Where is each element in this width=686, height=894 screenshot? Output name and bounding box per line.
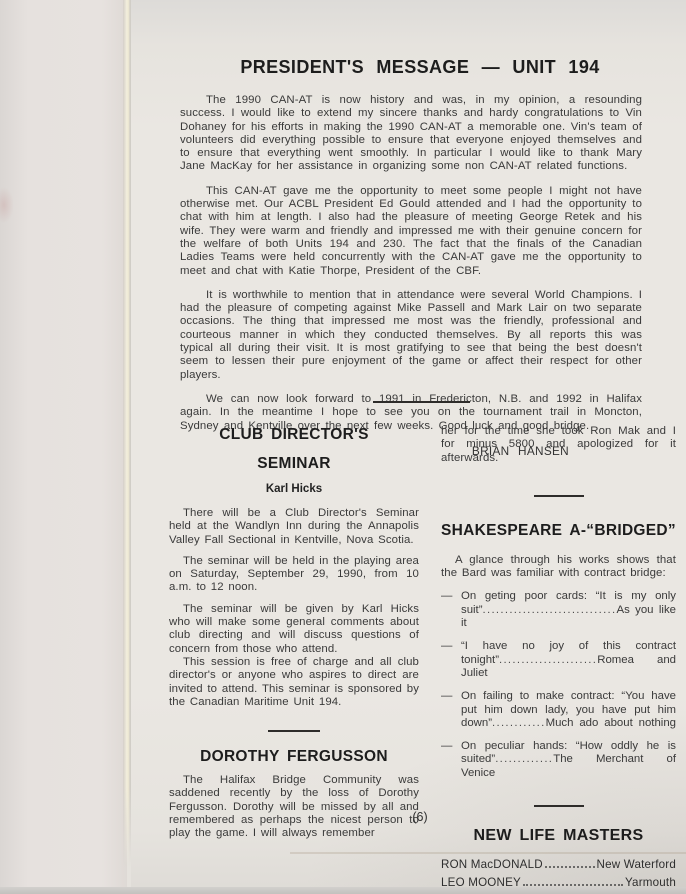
newsletter-page: PRESIDENT'S MESSAGE — UNIT 194 The 1990 … xyxy=(131,0,686,894)
quip-body: On failing to make contract: “You have p… xyxy=(461,690,676,730)
life-master-name: RON MacDONALD xyxy=(441,858,543,871)
dot-leader xyxy=(545,866,595,868)
dot-leader: ............. xyxy=(495,753,553,765)
dorothy-fergusson-title: DOROTHY FERGUSSON xyxy=(169,748,419,766)
adjacent-page-edge xyxy=(0,0,127,894)
shakespeare-item: — On failing to make contract: “You have… xyxy=(441,690,676,730)
quip-source: Much ado about nothing xyxy=(546,717,676,729)
dot-leader: ...................... xyxy=(499,654,597,666)
dorothy-fergusson-paragraph: The Halifax Bridge Community was saddene… xyxy=(169,774,419,840)
seminar-title-line2: SEMINAR xyxy=(169,449,419,478)
section-divider xyxy=(534,805,584,807)
dash-bullet: — xyxy=(441,740,461,780)
page-title: PRESIDENT'S MESSAGE — UNIT 194 xyxy=(180,57,660,78)
page-bottom-edge xyxy=(290,852,686,854)
shakespeare-intro: A glance through his works shows that th… xyxy=(441,554,676,581)
message-paragraph: This CAN-AT gave me the opportunity to m… xyxy=(180,185,642,278)
life-master-entry: RON MacDONALD New Waterford xyxy=(441,858,676,871)
seminar-paragraph: The seminar will be held in the playing … xyxy=(169,555,419,595)
dot-leader: .............................. xyxy=(483,604,617,616)
presidents-message-section: The 1990 CAN-AT is now history and was, … xyxy=(180,94,642,458)
seminar-paragraph: This session is free of charge and all c… xyxy=(169,656,419,709)
message-paragraph: It is worthwhile to mention that in atte… xyxy=(180,289,642,382)
dash-bullet: — xyxy=(441,590,461,630)
shakespeare-item: — On geting poor cards: “It is my only s… xyxy=(441,590,676,630)
dash-bullet: — xyxy=(441,640,461,680)
shakespeare-item: — On peculiar hands: “How oddly he is su… xyxy=(441,740,676,780)
seminar-paragraph: There will be a Club Director's Seminar … xyxy=(169,507,419,547)
seminar-paragraph: The seminar will be given by Karl Hicks … xyxy=(169,603,419,656)
life-master-place: New Waterford xyxy=(597,858,676,871)
scanned-newsletter-photo: PRESIDENT'S MESSAGE — UNIT 194 The 1990 … xyxy=(0,0,686,894)
section-divider xyxy=(268,730,320,732)
section-divider xyxy=(373,401,470,403)
dash-bullet: — xyxy=(441,690,461,730)
page-number: (6) xyxy=(180,810,660,824)
seminar-byline: Karl Hicks xyxy=(169,483,419,495)
message-paragraph: The 1990 CAN-AT is now history and was, … xyxy=(180,94,642,174)
quip-body: “I have no joy of this contract tonight”… xyxy=(461,640,676,680)
quip-body: On geting poor cards: “It is my only sui… xyxy=(461,590,676,630)
dot-leader xyxy=(523,884,623,886)
seminar-title-line1: CLUB DIRECTOR'S xyxy=(169,420,419,449)
shakespeare-item: — “I have no joy of this contract tonigh… xyxy=(441,640,676,680)
photo-bottom-shadow xyxy=(0,887,686,894)
continuation-paragraph: her for the time she took Ron Mak and I … xyxy=(441,425,676,465)
section-divider xyxy=(534,495,584,497)
new-life-masters-title: NEW LIFE MASTERS xyxy=(441,827,676,845)
quip-body: On peculiar hands: “How oddly he is suit… xyxy=(461,740,676,780)
shakespeare-title: SHAKESPEARE A-“BRIDGED” xyxy=(441,522,676,540)
dot-leader: ............ xyxy=(492,717,546,729)
